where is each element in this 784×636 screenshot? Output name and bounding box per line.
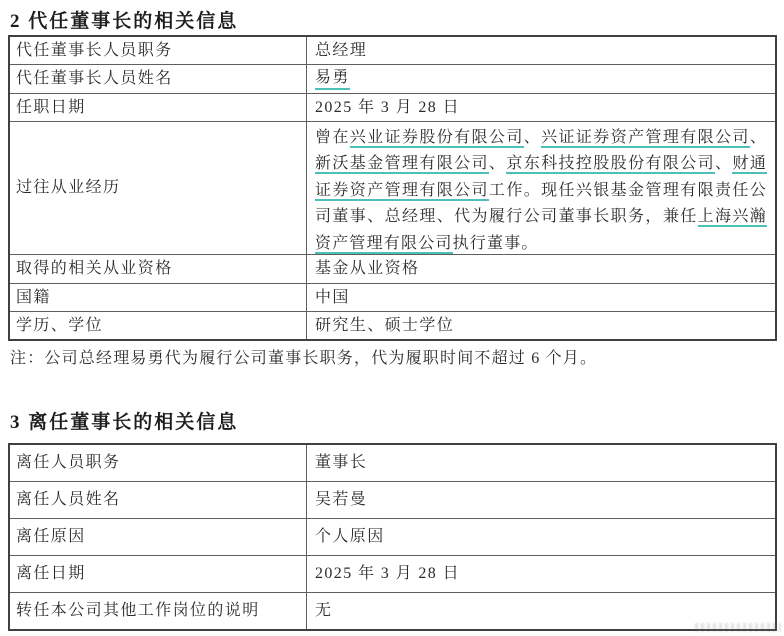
text-segment: 、 xyxy=(750,129,767,146)
row-value: 易勇 xyxy=(307,65,775,93)
table-row: 离任原因 个人原因 xyxy=(10,518,775,555)
entity-link[interactable]: 兴证证券资产管理有限公司 xyxy=(541,129,750,148)
table-row: 国籍 中国 xyxy=(10,283,775,311)
table-row: 过往从业经历 曾在兴业证券股份有限公司、兴证证券资产管理有限公司、新沃基金管理有… xyxy=(10,121,775,254)
entity-link[interactable]: 兴业证券股份有限公司 xyxy=(350,129,524,148)
table-row: 学历、学位 研究生、硕士学位 xyxy=(10,311,775,339)
row-label: 代任董事长人员职务 xyxy=(10,37,307,64)
footnote: 注：公司总经理易勇代为履行公司董事长职务，代为履职时间不超过 6 个月。 xyxy=(10,345,597,368)
row-value: 2025 年 3 月 28 日 xyxy=(307,556,775,592)
row-label: 离任人员职务 xyxy=(10,445,307,481)
table-row: 离任人员职务 董事长 xyxy=(10,445,775,481)
faint-watermark xyxy=(695,623,781,632)
text-segment: 、 xyxy=(489,155,506,172)
career-history-text: 曾在兴业证券股份有限公司、兴证证券资产管理有限公司、新沃基金管理有限公司、京东科… xyxy=(307,122,775,254)
entity-link-person-name[interactable]: 易勇 xyxy=(315,68,350,90)
row-value: 总经理 xyxy=(307,37,775,64)
entity-link[interactable]: 京东科技控股股份有限公司 xyxy=(506,155,715,174)
row-label: 离任人员姓名 xyxy=(10,482,307,518)
departing-chairman-table: 离任人员职务 董事长 离任人员姓名 吴若曼 离任原因 个人原因 离任日期 202… xyxy=(8,443,777,631)
text-segment: 、 xyxy=(715,155,732,172)
row-label: 过往从业经历 xyxy=(10,122,307,254)
row-label: 离任日期 xyxy=(10,556,307,592)
table-row: 代任董事长人员职务 总经理 xyxy=(10,37,775,64)
row-value: 研究生、硕士学位 xyxy=(307,312,775,339)
table-row: 转任本公司其他工作岗位的说明 无 xyxy=(10,592,775,629)
table-row: 任职日期 2025 年 3 月 28 日 xyxy=(10,93,775,121)
text-segment: 、 xyxy=(524,129,541,146)
row-label: 离任原因 xyxy=(10,519,307,555)
table-row: 代任董事长人员姓名 易勇 xyxy=(10,64,775,93)
table-row: 离任人员姓名 吴若曼 xyxy=(10,481,775,518)
acting-chairman-table: 代任董事长人员职务 总经理 代任董事长人员姓名 易勇 任职日期 2025 年 3… xyxy=(8,35,777,341)
row-label: 转任本公司其他工作岗位的说明 xyxy=(10,593,307,629)
row-label: 学历、学位 xyxy=(10,312,307,339)
row-value: 中国 xyxy=(307,284,775,311)
row-value: 董事长 xyxy=(307,445,775,481)
row-label: 代任董事长人员姓名 xyxy=(10,65,307,93)
row-value: 个人原因 xyxy=(307,519,775,555)
entity-link[interactable]: 新沃基金管理有限公司 xyxy=(315,155,489,174)
section-title-departing-chairman: 3 离任董事长的相关信息 xyxy=(10,407,238,434)
section-title-acting-chairman: 2 代任董事长的相关信息 xyxy=(10,6,238,33)
row-value: 2025 年 3 月 28 日 xyxy=(307,94,775,121)
text-segment: 曾在 xyxy=(315,129,350,146)
row-value: 吴若曼 xyxy=(307,482,775,518)
row-label: 取得的相关从业资格 xyxy=(10,255,307,283)
row-value: 基金从业资格 xyxy=(307,255,775,283)
table-row: 离任日期 2025 年 3 月 28 日 xyxy=(10,555,775,592)
table-row: 取得的相关从业资格 基金从业资格 xyxy=(10,254,775,283)
row-label: 任职日期 xyxy=(10,94,307,121)
row-label: 国籍 xyxy=(10,284,307,311)
text-segment: 执行董事。 xyxy=(453,235,539,252)
